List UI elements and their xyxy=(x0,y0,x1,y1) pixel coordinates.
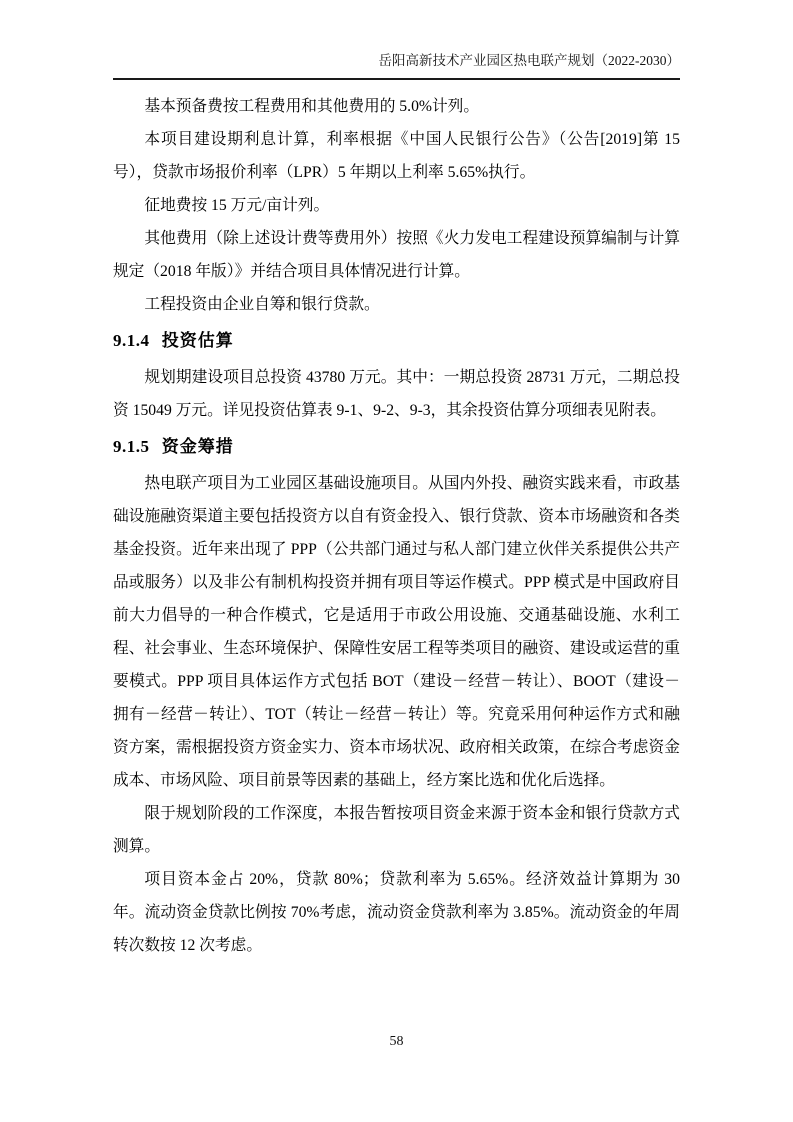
section-number: 9.1.5 xyxy=(113,437,150,456)
paragraph-land-fee: 征地费按 15 万元/亩计列。 xyxy=(113,189,680,222)
paragraph-investment-estimate: 规划期建设项目总投资 43780 万元。其中：一期总投资 28731 万元，二期… xyxy=(113,361,680,427)
document-page: 岳阳高新技术产业园区热电联产规划（2022-2030） 基本预备费按工程费用和其… xyxy=(0,0,793,1122)
header-title: 岳阳高新技术产业园区热电联产规划（2022-2030） xyxy=(379,53,681,68)
page-content: 基本预备费按工程费用和其他费用的 5.0%计列。 本项目建设期利息计算，利率根据… xyxy=(113,90,680,962)
section-heading-9-1-5: 9.1.5 资金筹措 xyxy=(113,435,680,459)
section-number: 9.1.4 xyxy=(113,331,150,350)
paragraph-planning-assumption: 限于规划阶段的工作深度，本报告暂按项目资金来源于资本金和银行贷款方式测算。 xyxy=(113,797,680,863)
paragraph-contingency-fee: 基本预备费按工程费用和其他费用的 5.0%计列。 xyxy=(113,90,680,123)
paragraph-interest-rate: 本项目建设期利息计算，利率根据《中国人民银行公告》（公告[2019]第 15 号… xyxy=(113,123,680,189)
section-title: 投资估算 xyxy=(162,331,234,350)
page-header: 岳阳高新技术产业园区热电联产规划（2022-2030） xyxy=(113,50,680,80)
page-number: 58 xyxy=(390,1034,404,1049)
paragraph-other-fees: 其他费用（除上述设计费等费用外）按照《火力发电工程建设预算编制与计算规定（201… xyxy=(113,222,680,288)
page-footer: 58 xyxy=(0,1034,793,1050)
section-title: 资金筹措 xyxy=(162,437,234,456)
paragraph-funding-source: 工程投资由企业自筹和银行贷款。 xyxy=(113,288,680,321)
paragraph-ppp-financing: 热电联产项目为工业园区基础设施项目。从国内外投、融资实践来看，市政基础设施融资渠… xyxy=(113,467,680,797)
section-heading-9-1-4: 9.1.4 投资估算 xyxy=(113,329,680,353)
paragraph-capital-ratio: 项目资本金占 20%，贷款 80%；贷款利率为 5.65%。经济效益计算期为 3… xyxy=(113,863,680,962)
